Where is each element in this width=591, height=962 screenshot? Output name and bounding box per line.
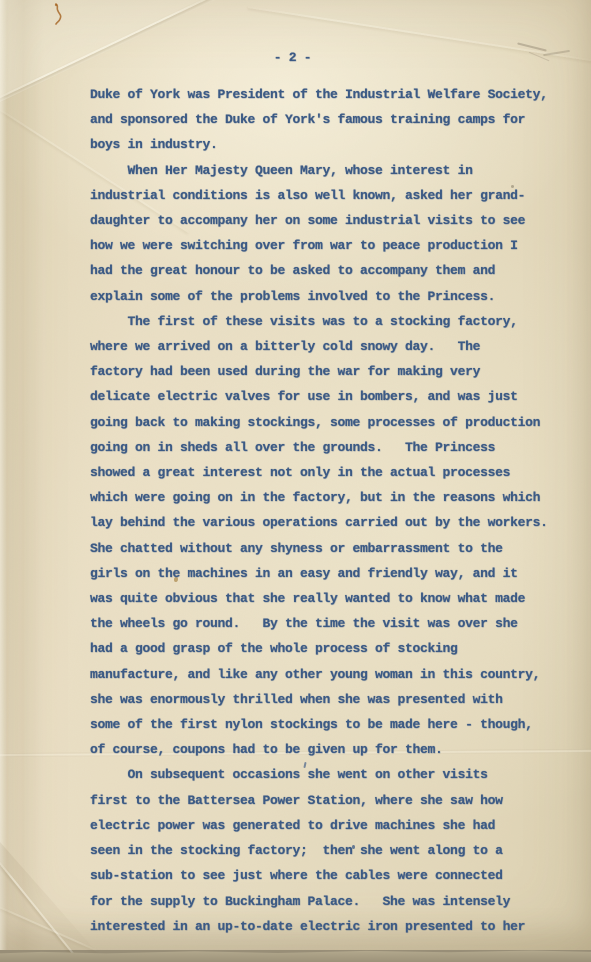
text-line: where we arrived on a bitterly cold snow… <box>90 334 575 359</box>
text-line: Duke of York was President of the Indust… <box>90 82 575 107</box>
text-line: daughter to accompany her on some indust… <box>90 208 575 233</box>
text-line: which were going on in the factory, but … <box>90 485 575 510</box>
fold-shadow-bottom-left <box>0 842 95 950</box>
shading-left-band <box>10 0 44 950</box>
rust-stain <box>52 3 66 25</box>
text-line: had a good grasp of the whole process of… <box>90 636 575 661</box>
text-line: factory had been used during the war for… <box>90 359 575 384</box>
text-line: electric power was generated to drive ma… <box>90 813 575 838</box>
text-line: When Her Majesty Queen Mary, whose inter… <box>90 158 575 183</box>
text-line: lay behind the various operations carrie… <box>90 510 575 535</box>
text-line: boys in industry. <box>90 132 575 157</box>
text-line: some of the first nylon stockings to be … <box>90 712 575 737</box>
text-line: girls on the machines in an easy and fri… <box>90 561 575 586</box>
crease-bottom-left-secondary <box>0 905 98 952</box>
paper-page: - 2 - Duke of York was President of the … <box>0 0 591 950</box>
page-number: - 2 - <box>0 50 588 65</box>
paper-left-edge-highlight <box>0 0 7 950</box>
text-line: how we were switching over from war to p… <box>90 233 575 258</box>
crease-bottom-left <box>0 856 84 962</box>
text-line: was quite obvious that she really wanted… <box>90 586 575 611</box>
text-line: industrial conditions is also well known… <box>90 183 575 208</box>
typewritten-text-body: Duke of York was President of the Indust… <box>90 82 575 939</box>
text-line: She chatted without any shyness or embar… <box>90 536 575 561</box>
scanned-document-page: { "document": { "page_number": "- 2 -", … <box>0 0 591 962</box>
text-line: first to the Battersea Power Station, wh… <box>90 788 575 813</box>
text-line: for the supply to Buckingham Palace. She… <box>90 889 575 914</box>
text-line: of course, coupons had to be given up fo… <box>90 737 575 762</box>
text-line: she was enormously thrilled when she was… <box>90 687 575 712</box>
text-line: explain some of the problems involved to… <box>90 284 575 309</box>
text-line: The first of these visits was to a stock… <box>90 309 575 334</box>
document-scan: - 2 - Duke of York was President of the … <box>0 0 591 962</box>
text-line: On subsequent occasions she went on othe… <box>90 762 575 787</box>
text-line: showed a great interest not only in the … <box>90 460 575 485</box>
text-line: and sponsored the Duke of York's famous … <box>90 107 575 132</box>
text-line: interested in an up-to-date electric iro… <box>90 914 575 939</box>
text-line: going back to making stockings, some pro… <box>90 410 575 435</box>
text-line: seen in the stocking factory; then she w… <box>90 838 575 863</box>
text-line: the wheels go round. By the time the vis… <box>90 611 575 636</box>
text-line: delicate electric valves for use in bomb… <box>90 384 575 409</box>
text-line: had the great honour to be asked to acco… <box>90 258 575 283</box>
text-line: manufacture, and like any other young wo… <box>90 662 575 687</box>
text-line: sub-station to see just where the cables… <box>90 863 575 888</box>
text-line: going on in sheds all over the grounds. … <box>90 435 575 460</box>
